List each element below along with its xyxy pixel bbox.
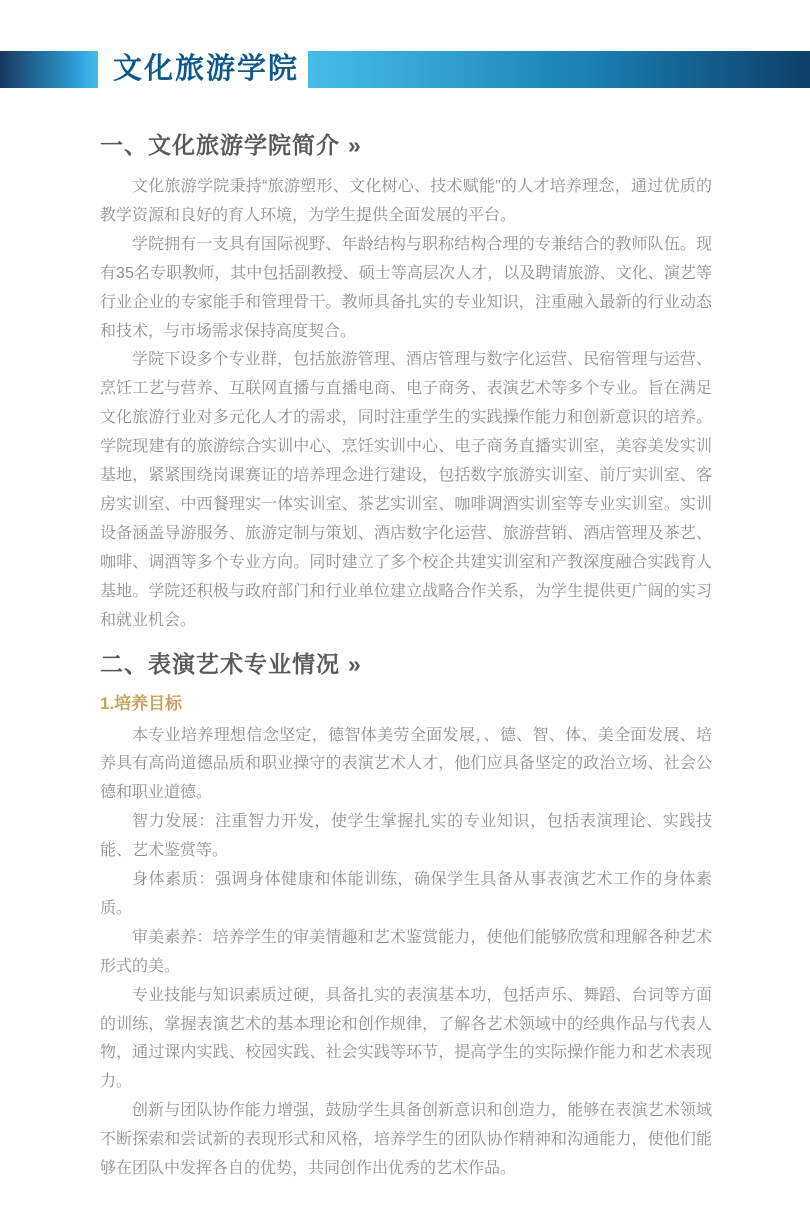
section-2-paragraph-1: 本专业培养理想信念坚定，德智体美劳全面发展，、德、智、体、美全面发展、培养具有高… [100, 722, 712, 809]
section-2-paragraph-3: 身体素质：强调身体健康和体能训练，确保学生具备从事表演艺术工作的身体素质。 [100, 866, 712, 924]
section-1-heading: 一、文化旅游学院简介» [100, 130, 712, 160]
left-gradient-bar [0, 51, 98, 88]
right-gradient-bar [308, 51, 810, 88]
double-arrow-icon: » [348, 651, 361, 677]
section-2-paragraph-5: 专业技能与知识素质过硬，具备扎实的表演基本功，包括声乐、舞蹈、台词等方面的训练，… [100, 982, 712, 1098]
section-2-paragraph-6: 创新与团队协作能力增强，鼓励学生具备创新意识和创造力，能够在表演艺术领域不断探索… [100, 1097, 712, 1184]
section-2-heading-text: 二、表演艺术专业情况 [100, 651, 340, 677]
section-2-subheading: 1.培养目标 [100, 693, 712, 715]
section-1-heading-text: 一、文化旅游学院简介 [100, 132, 340, 158]
section-1-paragraph-2: 学院拥有一支具有国际视野、年龄结构与职称结构合理的专兼结合的教师队伍。现有35名… [100, 231, 712, 347]
page-title: 文化旅游学院 [98, 51, 308, 88]
section-2-heading: 二、表演艺术专业情况» [100, 649, 712, 679]
section-2-paragraph-2: 智力发展：注重智力开发，使学生掌握扎实的专业知识，包括表演理论、实践技能、艺术鉴… [100, 808, 712, 866]
document-body: 一、文化旅游学院简介» 文化旅游学院秉持“旅游塑形、文化树心、技术赋能”的人才培… [100, 130, 712, 1184]
double-arrow-icon: » [348, 132, 361, 158]
header-banner: 文化旅游学院 [0, 51, 810, 88]
section-1-paragraph-3: 学院下设多个专业群，包括旅游管理、酒店管理与数字化运营、民宿管理与运营、烹饪工艺… [100, 346, 712, 635]
section-1-paragraph-1: 文化旅游学院秉持“旅游塑形、文化树心、技术赋能”的人才培养理念，通过优质的教学资… [100, 173, 712, 231]
section-2-paragraph-4: 审美素养：培养学生的审美情趣和艺术鉴赏能力，使他们能够欣赏和理解各种艺术形式的美… [100, 924, 712, 982]
